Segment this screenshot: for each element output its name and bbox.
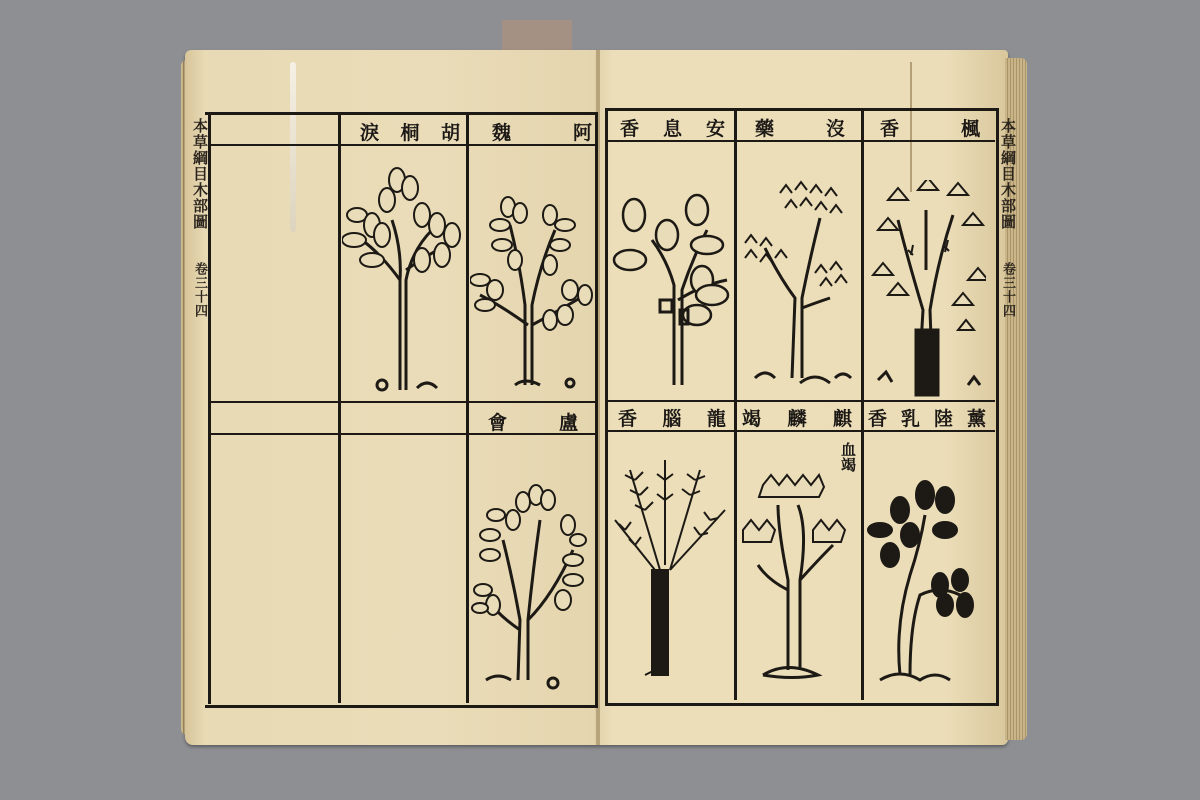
- illustration-longnaoxiang-tree: [610, 450, 732, 680]
- label-qilinjie: 竭麟麒: [742, 404, 852, 431]
- illustration-moyao-tree: [740, 178, 860, 393]
- illustration-qilinjie-tree: [738, 470, 858, 680]
- left-margin-volume: 卷三十四: [190, 262, 209, 318]
- label-luhui: 會盧: [488, 408, 578, 435]
- label-hutonglei: 淚桐胡: [360, 118, 460, 145]
- left-column-divider-1: [338, 115, 341, 703]
- left-middle-rule: [210, 401, 596, 403]
- illustration-hutonglei-tree: [342, 160, 464, 400]
- label-longnaoxiang: 香腦龍: [618, 404, 726, 431]
- illustration-xunluruxiang-tree: [865, 475, 985, 685]
- illustration-luhui-tree: [468, 480, 593, 695]
- right-column-divider-2: [861, 108, 864, 700]
- illustration-awei-tree: [470, 195, 595, 395]
- illustration-fengxiang-tree: [868, 180, 986, 400]
- right-middle-rule: [607, 400, 995, 402]
- label-awei: 魏阿: [492, 118, 592, 145]
- note-xuejie: 血竭: [838, 442, 859, 472]
- right-column-divider-1: [734, 108, 737, 700]
- right-margin-volume: 卷三十四: [998, 262, 1017, 318]
- right-margin-title: 本草綱目木部圖: [998, 118, 1019, 230]
- label-fengxiang: 香楓: [880, 114, 980, 141]
- illustration-anxixiang-tree: [612, 190, 732, 390]
- label-moyao: 藥沒: [755, 114, 845, 141]
- left-margin-title: 本草綱目木部圖: [190, 118, 211, 230]
- label-xunluruxiang: 香乳陸薰: [868, 404, 986, 431]
- label-anxixiang: 香息安: [620, 114, 725, 141]
